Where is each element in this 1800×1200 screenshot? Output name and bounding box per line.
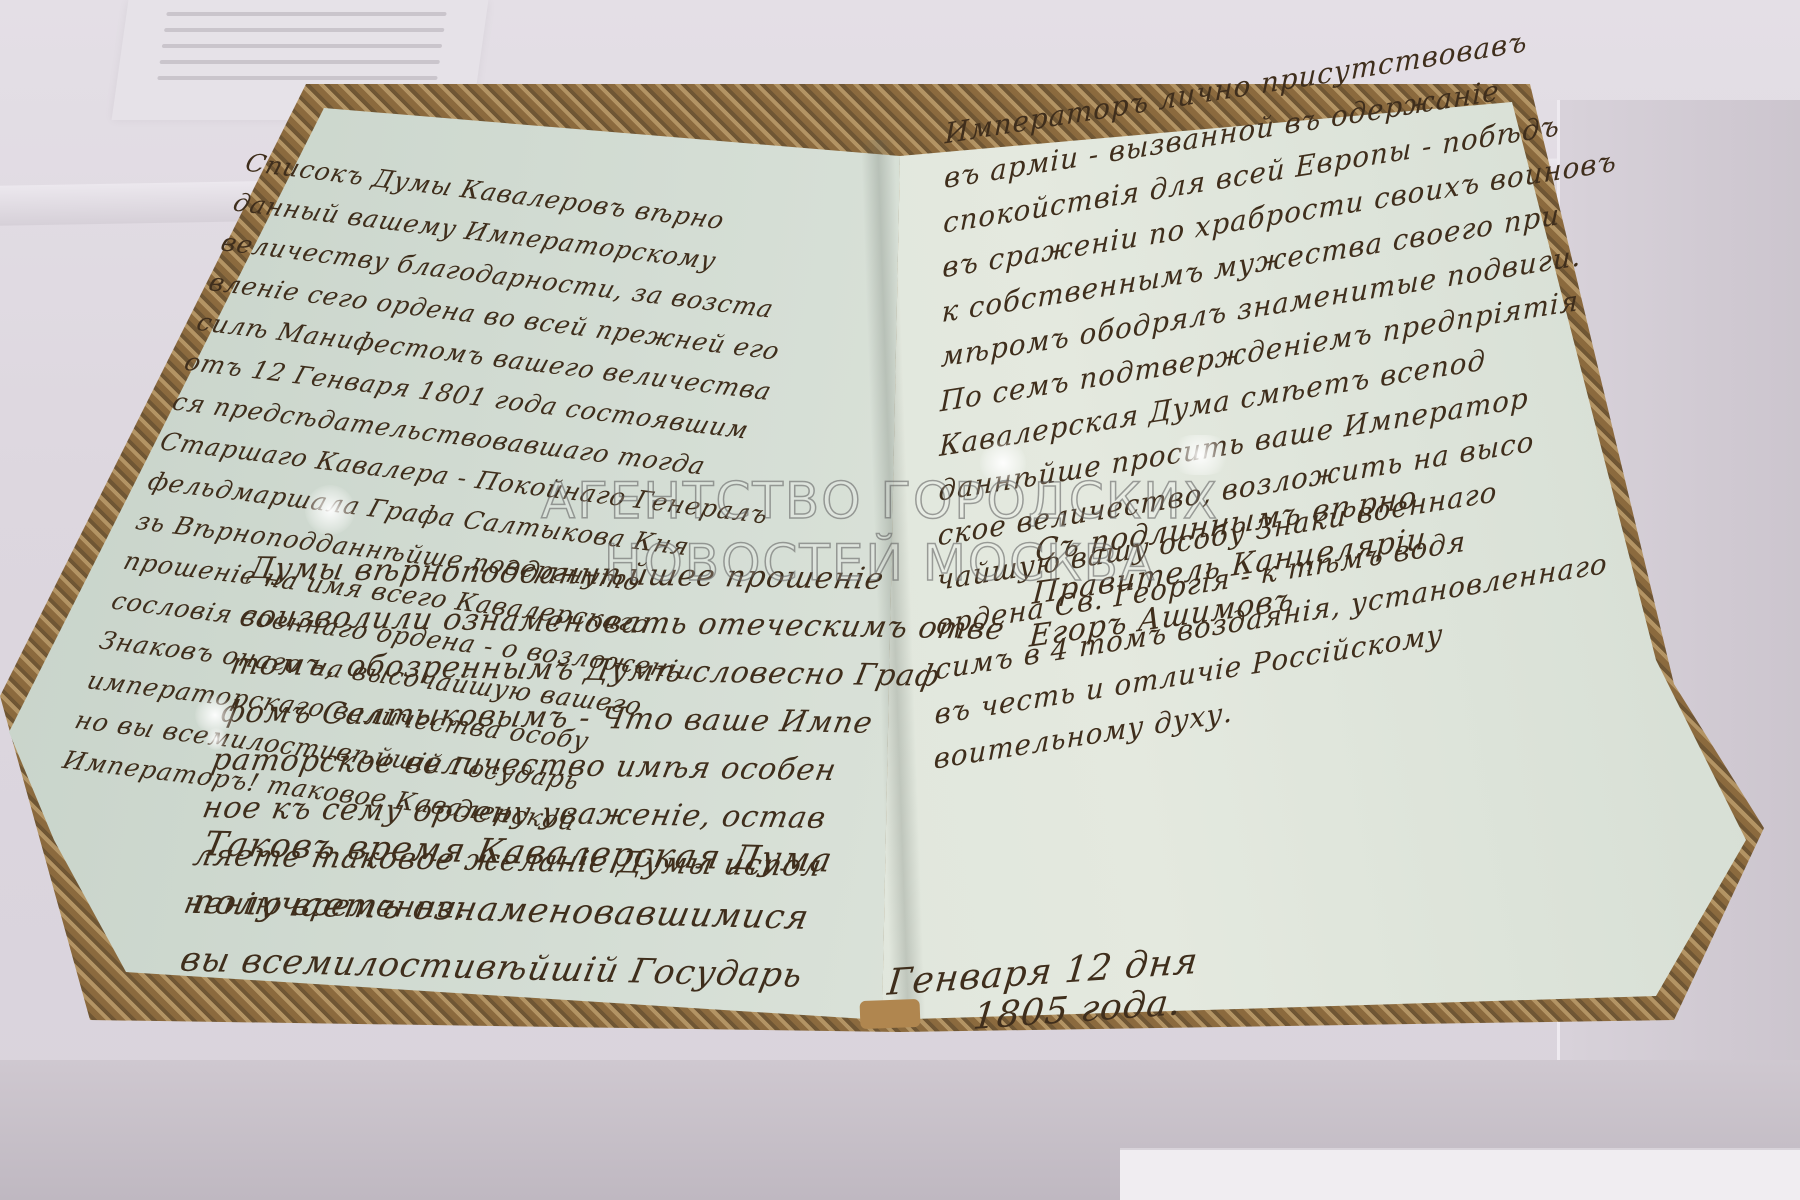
light-reflection — [980, 440, 1026, 486]
document-date: Генваря 12 дня 1805 года. — [881, 944, 1200, 1046]
left-page-closing-text: Таковъ время Кавалерская Дума получаетъ … — [172, 827, 835, 1017]
light-reflection — [205, 728, 227, 750]
light-reflection — [1170, 435, 1230, 475]
open-manuscript-book: Списокъ Думы Кавалеровъ вѣрно данный ваш… — [0, 0, 1800, 1200]
light-reflection — [305, 485, 355, 535]
right-page-text: Императоръ лично присутствовавъ въ арміи… — [933, 13, 1619, 790]
